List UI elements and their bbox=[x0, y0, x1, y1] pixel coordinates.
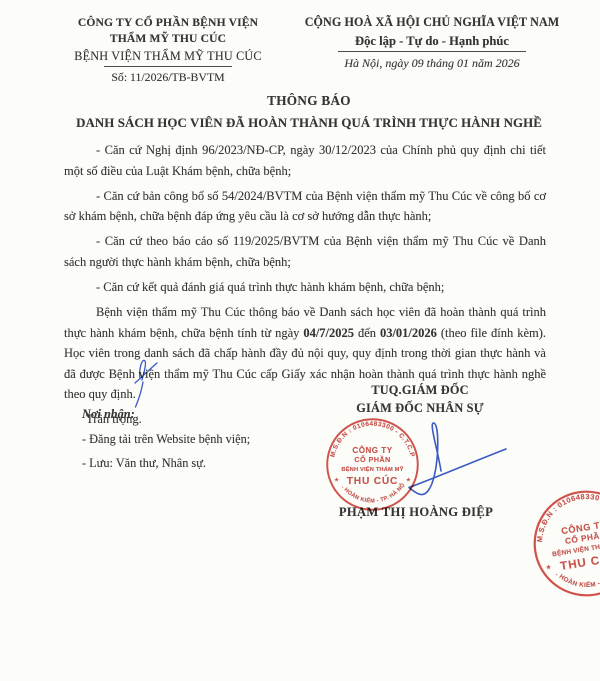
date-to: 03/01/2026 bbox=[380, 326, 437, 340]
national-motto-line1: CỘNG HOÀ XÃ HỘI CHỦ NGHĨA VIỆT NAM bbox=[288, 15, 576, 30]
citation-paragraph: - Căn cứ bản công bố số 54/2024/BVTM của… bbox=[64, 186, 546, 227]
handwritten-signature bbox=[398, 413, 513, 505]
stamp-center-line3: BỆNH VIỆN THẨM MỸ bbox=[341, 465, 403, 473]
stamp-center-line2: CỔ PHẦN bbox=[354, 454, 390, 464]
title-block: THÔNG BÁO DANH SÁCH HỌC VIÊN ĐÃ HOÀN THÀ… bbox=[60, 93, 558, 131]
issuer-hospital-name: BỆNH VIỆN THẨM MỸ THU CÚC bbox=[48, 49, 288, 64]
document-subject: DANH SÁCH HỌC VIÊN ĐÃ HOÀN THÀNH QUÁ TRÌ… bbox=[60, 116, 558, 131]
stamp-star-left: ★ bbox=[334, 476, 339, 483]
document-header: CÔNG TY CỔ PHẦN BỆNH VIỆN THẨM MỸ THU CÚ… bbox=[48, 15, 576, 85]
signature-authority-block: TUQ.GIÁM ĐỐC GIÁM ĐỐC NHÂN SỰ bbox=[328, 381, 512, 417]
recipients-heading: Nơi nhận: bbox=[82, 402, 250, 427]
national-header-block: CỘNG HOÀ XÃ HỘI CHỦ NGHĨA VIỆT NAM Độc l… bbox=[288, 15, 576, 85]
issuer-block: CÔNG TY CỔ PHẦN BỆNH VIỆN THẨM MỸ THU CÚ… bbox=[48, 15, 288, 85]
citation-paragraph: - Căn cứ Nghị định 96/2023/NĐ-CP, ngày 3… bbox=[64, 140, 546, 181]
stamp-center-line4: THU CÚC bbox=[347, 474, 398, 487]
announcement-text-part2: đến bbox=[354, 326, 380, 340]
date-from: 04/7/2025 bbox=[303, 326, 354, 340]
recipient-item: - Lưu: Văn thư, Nhân sự. bbox=[82, 451, 250, 476]
stamp-star-left: ★ bbox=[545, 564, 552, 572]
recipients-block: Nơi nhận: - Đăng tải trên Website bệnh v… bbox=[82, 402, 250, 476]
document-title: THÔNG BÁO bbox=[60, 93, 558, 109]
document-number: Số: 11/2026/TB-BVTM bbox=[48, 70, 288, 85]
stamp-center-line1: CÔNG TY bbox=[352, 446, 392, 455]
place-and-date: Hà Nội, ngày 09 tháng 01 năm 2026 bbox=[288, 56, 576, 71]
issuer-company-line2: THẨM MỸ THU CÚC bbox=[48, 31, 288, 47]
authority-title-line1: TUQ.GIÁM ĐỐC bbox=[328, 381, 512, 399]
citation-paragraph: - Căn cứ theo báo cáo số 119/2025/BVTM c… bbox=[64, 231, 546, 272]
issuer-divider-rule bbox=[104, 66, 232, 67]
motto-divider-rule bbox=[338, 51, 526, 52]
handwritten-initial-paraph bbox=[131, 353, 161, 408]
citation-paragraph: - Căn cứ kết quả đánh giá quá trình thực… bbox=[64, 277, 546, 298]
national-motto-line2: Độc lập - Tự do - Hạnh phúc bbox=[288, 34, 576, 49]
company-seal-stamp-secondary: M.S.Đ.N : 0106483300 - C.T.C.P Q. HOÀN K… bbox=[523, 480, 600, 607]
recipient-item: - Đăng tải trên Website bệnh viện; bbox=[82, 427, 250, 452]
signature-stroke bbox=[409, 423, 506, 495]
scanned-document: CÔNG TY CỔ PHẦN BỆNH VIỆN THẨM MỸ THU CÚ… bbox=[0, 0, 600, 681]
paraph-stroke bbox=[135, 360, 157, 407]
issuer-company-line1: CÔNG TY CỔ PHẦN BỆNH VIỆN bbox=[48, 15, 288, 31]
